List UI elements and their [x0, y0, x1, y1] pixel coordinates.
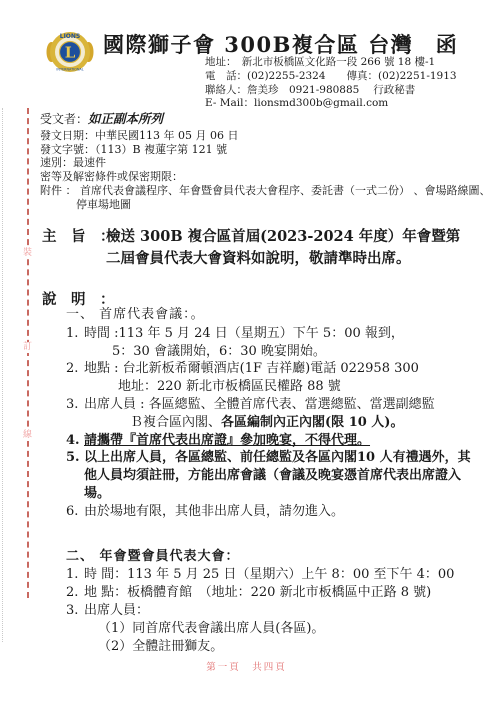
- list-item: 1. 時 間：113 年 5 月 25 日（星期六）上午 8：00 至下午 4：…: [66, 566, 474, 584]
- security-line: 密等及解密條件或保密期限：: [40, 170, 491, 184]
- item-body: 地 點：板橋體育館 （地址：220 新北市板橋區中正路 8 號): [84, 584, 474, 602]
- item-line: 出席人員：: [84, 602, 474, 620]
- subject-label: 主 旨 ：: [42, 226, 106, 270]
- logo-l-monogram: L: [65, 44, 76, 62]
- recipient-value: 如正副本所列: [88, 111, 163, 126]
- binding-char-ding: 訂: [21, 342, 34, 353]
- document-meta: 受文者：如正副本所列 發文日期：中華民國113 年 05 月 06 日 發文字號…: [40, 112, 491, 212]
- list-item: 5. 以上出席人員，各區總監、前任總監及各區內閣10 人有禮遇外，其他人員均須註…: [66, 449, 474, 502]
- item-line: 出席人員 : 各區總監、全體首席代表、當選總監、當選副總監: [84, 396, 474, 414]
- contact-block: 地址： 新北市板橋區文化路一段 266 號 18 樓-1 電 話：(02)225…: [205, 56, 457, 111]
- subject-text: 檢送 300B 複合區首屆(2023-2024 年度）年會暨第二屆會員代表大會資…: [106, 226, 470, 270]
- item-line-bold: 各區編制內正內閣(限 10 人)。: [221, 415, 403, 430]
- item-number: 3.: [66, 396, 84, 432]
- list-item: 2. 地 點：板橋體育館 （地址：220 新北市板橋區中正路 8 號): [66, 584, 474, 602]
- contact-phone-fax: 電 話：(02)2255-2324 傳真：(02)2251-1913: [205, 70, 457, 84]
- official-letter-page: 裝 訂 線 L LIONS INTERNATIONAL 國際獅子會 300B複合…: [0, 0, 493, 705]
- item-number: 2.: [66, 360, 84, 396]
- issue-date-line: 發文日期：中華民國113 年 05 月 06 日: [40, 129, 491, 143]
- attachment-line-2: 停車場地圖: [40, 198, 491, 212]
- logo-lions-text: LIONS: [60, 33, 81, 40]
- item-body: 以上出席人員，各區總監、前任總監及各區內閣10 人有禮遇外，其他人員均須註冊，方…: [84, 449, 474, 502]
- list-item: 2. 地點 : 台北新板希爾頓酒店(1F 吉祥廳)電話 022958 300 地…: [66, 360, 474, 396]
- sub-item: （1）同首席代表會議出席人員(各區)。: [84, 620, 474, 638]
- item-body: 出席人員： （1）同首席代表會議出席人員(各區)。 （2）全體註冊獅友。: [84, 602, 474, 655]
- item-body: 請攜帶『首席代表出席證』參加晚宴，不得代理。: [84, 432, 474, 450]
- list-item: 1. 時間 :113 年 5 月 24 日（星期五）下午 5：00 報到， 5：…: [66, 325, 474, 361]
- contact-email: E- Mail：lionsmd300b@gmail.com: [205, 97, 457, 111]
- sub-item: （2）全體註冊獅友。: [84, 638, 474, 656]
- list-item: 6. 由於場地有限，其他非出席人員，請勿進入。: [66, 503, 474, 521]
- page-edge-line: [2, 108, 3, 642]
- logo-international-text: INTERNATIONAL: [56, 68, 83, 72]
- list-item: 3. 出席人員 : 各區總監、全體首席代表、當選總監、當選副總監 Ｂ複合區內閣、…: [66, 396, 474, 432]
- item-line: Ｂ複合區內閣、各區編制內正內閣(限 10 人)。: [84, 414, 474, 432]
- binding-char-zhuang: 裝: [21, 248, 34, 259]
- subject-block: 主 旨 ： 檢送 300B 複合區首屆(2023-2024 年度）年會暨第二屆會…: [42, 226, 470, 270]
- list-item: 3. 出席人員： （1）同首席代表會議出席人員(各區)。 （2）全體註冊獅友。: [66, 602, 474, 655]
- item-number: 1.: [66, 325, 84, 361]
- section2-heading: 二、 年會暨會員代表大會：: [66, 548, 474, 566]
- list-item: 4. 請攜帶『首席代表出席證』參加晚宴，不得代理。: [66, 432, 474, 450]
- item-body: 地點 : 台北新板希爾頓酒店(1F 吉祥廳)電話 022958 300 地址：2…: [84, 360, 474, 396]
- attachment-line-1: 附件 ： 首席代表會議程序、年會暨會員代表大會程序、委託書（一式二份） 、會場路…: [40, 184, 491, 198]
- item-line-normal: Ｂ複合區內閣、: [130, 415, 221, 430]
- section1-heading: 一、 首席代表會議：。: [66, 306, 474, 324]
- item-body: 出席人員 : 各區總監、全體首席代表、當選總監、當選副總監 Ｂ複合區內閣、各區編…: [84, 396, 474, 432]
- item-number: 4.: [66, 432, 84, 450]
- item-number: 3.: [66, 602, 84, 655]
- item-body: 由於場地有限，其他非出席人員，請勿進入。: [84, 503, 474, 521]
- page-number-footer: 第一頁 共四頁: [0, 659, 493, 673]
- item-line: 5：30 會議開始，6：30 晚宴開始。: [84, 343, 474, 361]
- binding-char-xian: 線: [21, 430, 34, 441]
- item-number: 1.: [66, 566, 84, 584]
- recipient-label: 受文者：: [40, 112, 88, 126]
- ref-number-line: 發文字號：（113）B 複蓮字第 121 號: [40, 143, 491, 157]
- description-body: 一、 首席代表會議：。 1. 時間 :113 年 5 月 24 日（星期五）下午…: [66, 306, 474, 655]
- item-body: 時間 :113 年 5 月 24 日（星期五）下午 5：00 報到， 5：30 …: [84, 325, 474, 361]
- item-line: 地址：220 新北市板橋區民權路 88 號: [84, 378, 474, 396]
- speed-line: 速別：最速件: [40, 156, 491, 170]
- item-number: 2.: [66, 584, 84, 602]
- item-number: 6.: [66, 503, 84, 521]
- lions-emblem-icon: L LIONS INTERNATIONAL: [46, 27, 94, 75]
- binding-dashed-line: [27, 108, 29, 598]
- item-line: 時間 :113 年 5 月 24 日（星期五）下午 5：00 報到，: [84, 325, 474, 343]
- item-line: 地點 : 台北新板希爾頓酒店(1F 吉祥廳)電話 022958 300: [84, 360, 474, 378]
- item-number: 5.: [66, 449, 84, 502]
- lions-club-logo-icon: L LIONS INTERNATIONAL: [46, 27, 94, 75]
- document-title: 國際獅子會 300B複合區 台灣 函: [103, 29, 458, 59]
- contact-address: 地址： 新北市板橋區文化路一段 266 號 18 樓-1: [205, 56, 457, 70]
- item-body: 時 間：113 年 5 月 25 日（星期六）上午 8：00 至下午 4：00: [84, 566, 474, 584]
- contact-person: 聯絡人：詹美珍 0921-980885 行政秘書: [205, 84, 457, 98]
- recipient-line: 受文者：如正副本所列: [40, 112, 491, 127]
- section-gap: [66, 521, 474, 548]
